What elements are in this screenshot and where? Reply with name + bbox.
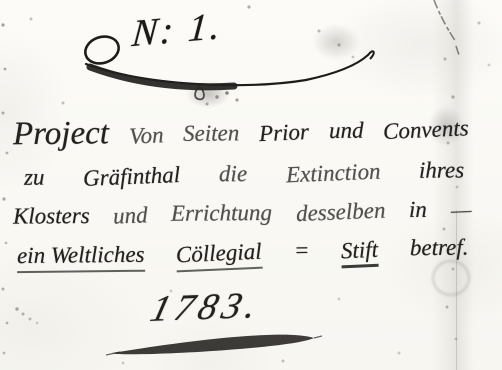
word: Von xyxy=(128,122,164,149)
word-underlined: ein Weltliches xyxy=(17,242,145,273)
word-underlined: Stift xyxy=(341,237,379,269)
word: und xyxy=(113,202,149,229)
word: Gräfinthal xyxy=(83,162,181,192)
word: Seiten xyxy=(183,120,239,147)
word: Extinction xyxy=(285,159,380,189)
paper-crease-line xyxy=(425,0,469,62)
word: zu xyxy=(24,165,45,191)
word: in xyxy=(409,197,427,223)
word: = xyxy=(294,238,310,264)
word: ihres xyxy=(419,157,464,183)
word: Prior xyxy=(259,119,310,147)
year-underline-flourish xyxy=(106,330,324,358)
word: betref. xyxy=(410,235,469,262)
paper-noise-speckles xyxy=(0,0,2,2)
word: Convents xyxy=(383,115,470,145)
word: die xyxy=(219,161,247,187)
line-filler-dash: — xyxy=(450,197,471,224)
word: Klosters xyxy=(13,203,90,230)
word: Errichtung xyxy=(171,200,272,227)
year-date: 1783. xyxy=(146,284,266,331)
word: desselben xyxy=(296,197,386,227)
word-underlined: Cöllegial xyxy=(176,239,263,273)
heading-swash-flourish xyxy=(76,28,388,110)
word: und xyxy=(329,118,364,144)
word: Project xyxy=(13,115,109,153)
scanned-manuscript-page: N: 1. Project Von Seiten Prior und Conve… xyxy=(0,0,502,370)
